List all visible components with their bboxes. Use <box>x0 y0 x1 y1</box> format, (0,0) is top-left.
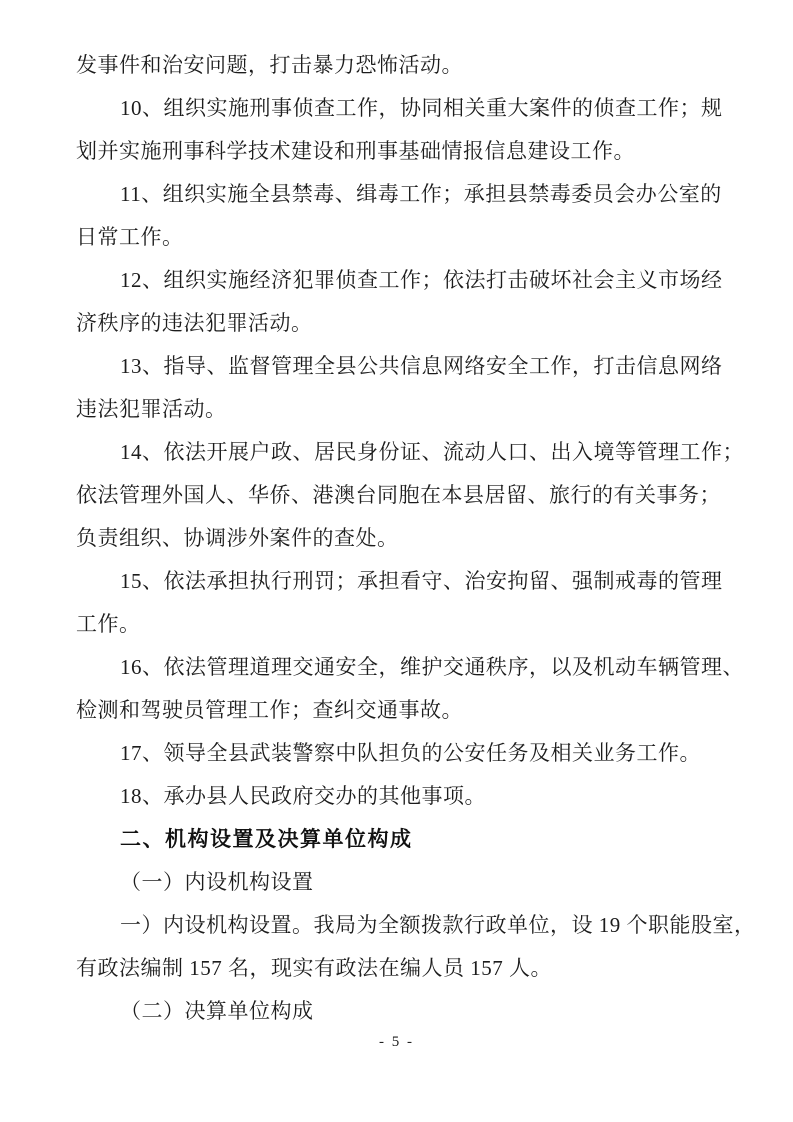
section-heading: 二、机构设置及决算单位构成 <box>76 818 718 861</box>
doc-line: 济秩序的违法犯罪活动。 <box>76 302 718 345</box>
doc-line-item-18: 18、承办县人民政府交办的其他事项。 <box>76 775 718 818</box>
page-number: - 5 - <box>0 1031 793 1053</box>
doc-line: 违法犯罪活动。 <box>76 388 718 431</box>
doc-line-item-14: 14、依法开展户政、居民身份证、流动人口、出入境等管理工作； <box>76 431 718 474</box>
doc-line: 工作。 <box>76 603 718 646</box>
doc-line: 检测和驾驶员管理工作；查纠交通事故。 <box>76 689 718 732</box>
subsection-label-2: （二）决算单位构成 <box>76 990 718 1033</box>
document-page: 发事件和治安问题，打击暴力恐怖活动。 10、组织实施刑事侦查工作，协同相关重大案… <box>0 0 793 1122</box>
doc-line-item-15: 15、依法承担执行刑罚；承担看守、治安拘留、强制戒毒的管理 <box>76 560 718 603</box>
doc-line-item-17: 17、领导全县武装警察中队担负的公安任务及相关业务工作。 <box>76 732 718 775</box>
doc-line: 划并实施刑事科学技术建设和刑事基础情报信息建设工作。 <box>76 130 718 173</box>
doc-line-item-11: 11、组织实施全县禁毒、缉毒工作；承担县禁毒委员会办公室的 <box>76 173 718 216</box>
doc-line: 发事件和治安问题，打击暴力恐怖活动。 <box>76 44 718 87</box>
doc-line: 日常工作。 <box>76 216 718 259</box>
doc-line: 一）内设机构设置。我局为全额拨款行政单位，设 19 个职能股室， <box>76 904 718 947</box>
doc-line-item-13: 13、指导、监督管理全县公共信息网络安全工作，打击信息网络 <box>76 345 718 388</box>
doc-line-item-16: 16、依法管理道理交通安全，维护交通秩序，以及机动车辆管理、 <box>76 646 718 689</box>
doc-line: 有政法编制 157 名，现实有政法在编人员 157 人。 <box>76 947 718 990</box>
page-content: 发事件和治安问题，打击暴力恐怖活动。 10、组织实施刑事侦查工作，协同相关重大案… <box>76 44 718 1033</box>
doc-line-item-10: 10、组织实施刑事侦查工作，协同相关重大案件的侦查工作；规 <box>76 87 718 130</box>
doc-line: 依法管理外国人、华侨、港澳台同胞在本县居留、旅行的有关事务； <box>76 474 718 517</box>
doc-line: 负责组织、协调涉外案件的查处。 <box>76 517 718 560</box>
subsection-label-1: （一）内设机构设置 <box>76 861 718 904</box>
doc-line-item-12: 12、组织实施经济犯罪侦查工作；依法打击破坏社会主义市场经 <box>76 259 718 302</box>
